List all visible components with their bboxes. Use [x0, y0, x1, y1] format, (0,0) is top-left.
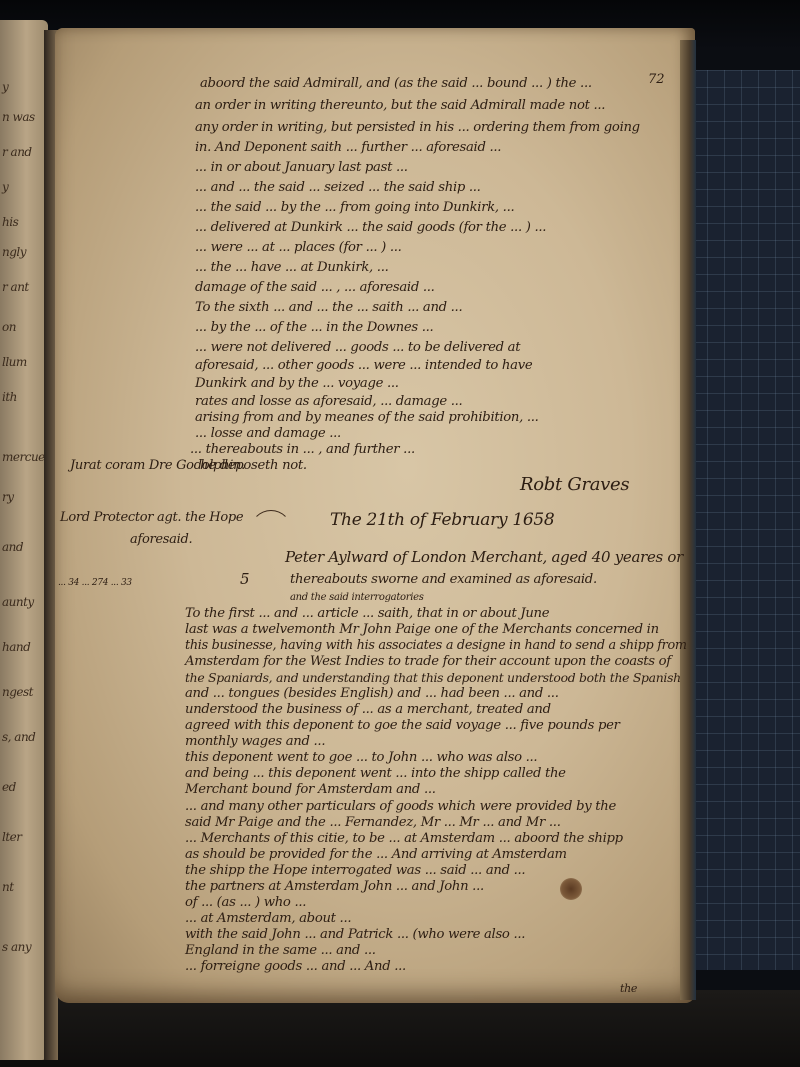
- text-line: this deponent went to goe ... to John ..…: [185, 750, 537, 765]
- witness-number: 5: [240, 570, 249, 588]
- text-line: ... forreigne goods ... and ... And ...: [185, 959, 406, 974]
- margin-case-title-cont: aforesaid.: [130, 532, 192, 547]
- text-line: Dunkirk and by the ... voyage ...: [195, 376, 399, 391]
- deponent-signature: Robt Graves: [520, 474, 629, 495]
- text-line: To the first ... and ... article ... sai…: [185, 606, 549, 621]
- jurat-line: Jurat coram Dre Godolphin.: [70, 458, 245, 473]
- text-line: Amsterdam for the West Indies to trade f…: [185, 654, 671, 669]
- text-line: ... the ... have ... at Dunkirk, ...: [195, 260, 388, 275]
- left-fragment: mercuer: [2, 450, 48, 464]
- left-fragment: lter: [2, 830, 22, 844]
- text-line: arising from and by meanes of the said p…: [195, 410, 539, 425]
- left-fragment: ngest: [2, 685, 33, 699]
- facing-page-left: y n was r and y his ngly r ant on llum i…: [0, 20, 48, 1060]
- text-line: an order in writing thereunto, but the s…: [195, 98, 605, 113]
- text-line: the Spaniards, and understanding that th…: [185, 670, 681, 685]
- margin-case-title: Lord Protector agt. the Hope: [60, 510, 243, 525]
- text-line: To the sixth ... and ... the ... saith .…: [195, 300, 462, 315]
- left-fragment: s any: [2, 940, 31, 954]
- cutting-mat-background: [690, 70, 800, 970]
- catchword: the: [620, 982, 637, 995]
- text-line: Merchant bound for Amsterdam and ...: [185, 782, 436, 797]
- brace-flourish: [250, 510, 292, 552]
- text-line: ... were ... at ... places (for ... ) ..…: [195, 240, 402, 255]
- text-line: agreed with this deponent to goe the sai…: [185, 718, 620, 733]
- left-fragment: r and: [2, 145, 32, 159]
- deponent-line-2: thereabouts sworne and examined as afore…: [290, 572, 597, 587]
- text-line: ... in or about January last past ...: [195, 160, 408, 175]
- left-fragment: ith: [2, 390, 17, 404]
- margin-reference: ... 34 ... 274 ... 33: [58, 578, 132, 588]
- text-line: this businesse, having with his associat…: [185, 638, 687, 653]
- text-line: monthly wages and ...: [185, 734, 325, 749]
- text-line: rates and losse as aforesaid, ... damage…: [195, 394, 462, 409]
- left-fragment: ry: [2, 490, 14, 504]
- left-fragment: llum: [2, 355, 27, 369]
- text-line: aboord the said Admirall, and (as the sa…: [200, 76, 592, 91]
- page-number: 72: [648, 72, 665, 87]
- text-line: ... losse and damage ...: [195, 426, 341, 441]
- text-line: as should be provided for the ... And ar…: [185, 847, 567, 862]
- text-line: of ... (as ... ) who ...: [185, 895, 306, 910]
- text-line: any order in writing, but persisted in h…: [195, 120, 640, 135]
- text-line: understood the business of ... as a merc…: [185, 702, 551, 717]
- interlined-note: and the said interrogatories: [290, 592, 424, 603]
- left-fragment: nt: [2, 880, 14, 894]
- text-line: last was a twelvemonth Mr John Paige one…: [185, 622, 659, 637]
- left-fragment: r ant: [2, 280, 29, 294]
- text-line: ... and ... the said ... seized ... the …: [195, 180, 481, 195]
- text-line: and ... tongues (besides English) and ..…: [185, 686, 559, 701]
- ink-stain: [560, 878, 582, 900]
- text-line: ... thereabouts in ... , and further ...: [190, 442, 415, 457]
- left-fragment: ed: [2, 780, 16, 794]
- text-line: the partners at Amsterdam John ... and J…: [185, 879, 484, 894]
- text-line: with the said John ... and Patrick ... (…: [185, 927, 525, 942]
- text-line: and being ... this deponent went ... int…: [185, 766, 566, 781]
- text-line: aforesaid, ... other goods ... were ... …: [195, 358, 532, 373]
- text-line: ... by the ... of the ... in the Downes …: [195, 320, 433, 335]
- text-line: the shipp the Hope interrogated was ... …: [185, 863, 525, 878]
- text-line: England in the same ... and ...: [185, 943, 376, 958]
- left-fragment: y: [2, 80, 8, 94]
- left-fragment: y: [2, 180, 8, 194]
- text-line: in. And Deponent saith ... further ... a…: [195, 140, 501, 155]
- text-line: said Mr Paige and the ... Fernandez, Mr …: [185, 815, 561, 830]
- text-line: ... delivered at Dunkirk ... the said go…: [195, 220, 546, 235]
- left-fragment: and: [2, 540, 23, 554]
- text-line: damage of the said ... , ... aforesaid .…: [195, 280, 435, 295]
- left-fragment: n was: [2, 110, 35, 124]
- text-line: ... at Amsterdam, about ...: [185, 911, 351, 926]
- text-line: ... Merchants of this citie, to be ... a…: [185, 831, 623, 846]
- left-fragment: aunty: [2, 595, 34, 609]
- left-fragment: his: [2, 215, 18, 229]
- deponent-line-1: Peter Aylward of London Merchant, aged 4…: [285, 548, 683, 566]
- text-line: ... the said ... by the ... from going i…: [195, 200, 514, 215]
- left-fragment: hand: [2, 640, 30, 654]
- left-fragment: on: [2, 320, 16, 334]
- left-fragment: s, and: [2, 730, 35, 744]
- text-line: ... were not delivered ... goods ... to …: [195, 340, 520, 355]
- text-line: ... and many other particulars of goods …: [185, 799, 616, 814]
- left-fragment: ngly: [2, 245, 26, 259]
- date-heading: The 21th of February 1658: [330, 510, 554, 530]
- page-edge: [680, 40, 696, 1000]
